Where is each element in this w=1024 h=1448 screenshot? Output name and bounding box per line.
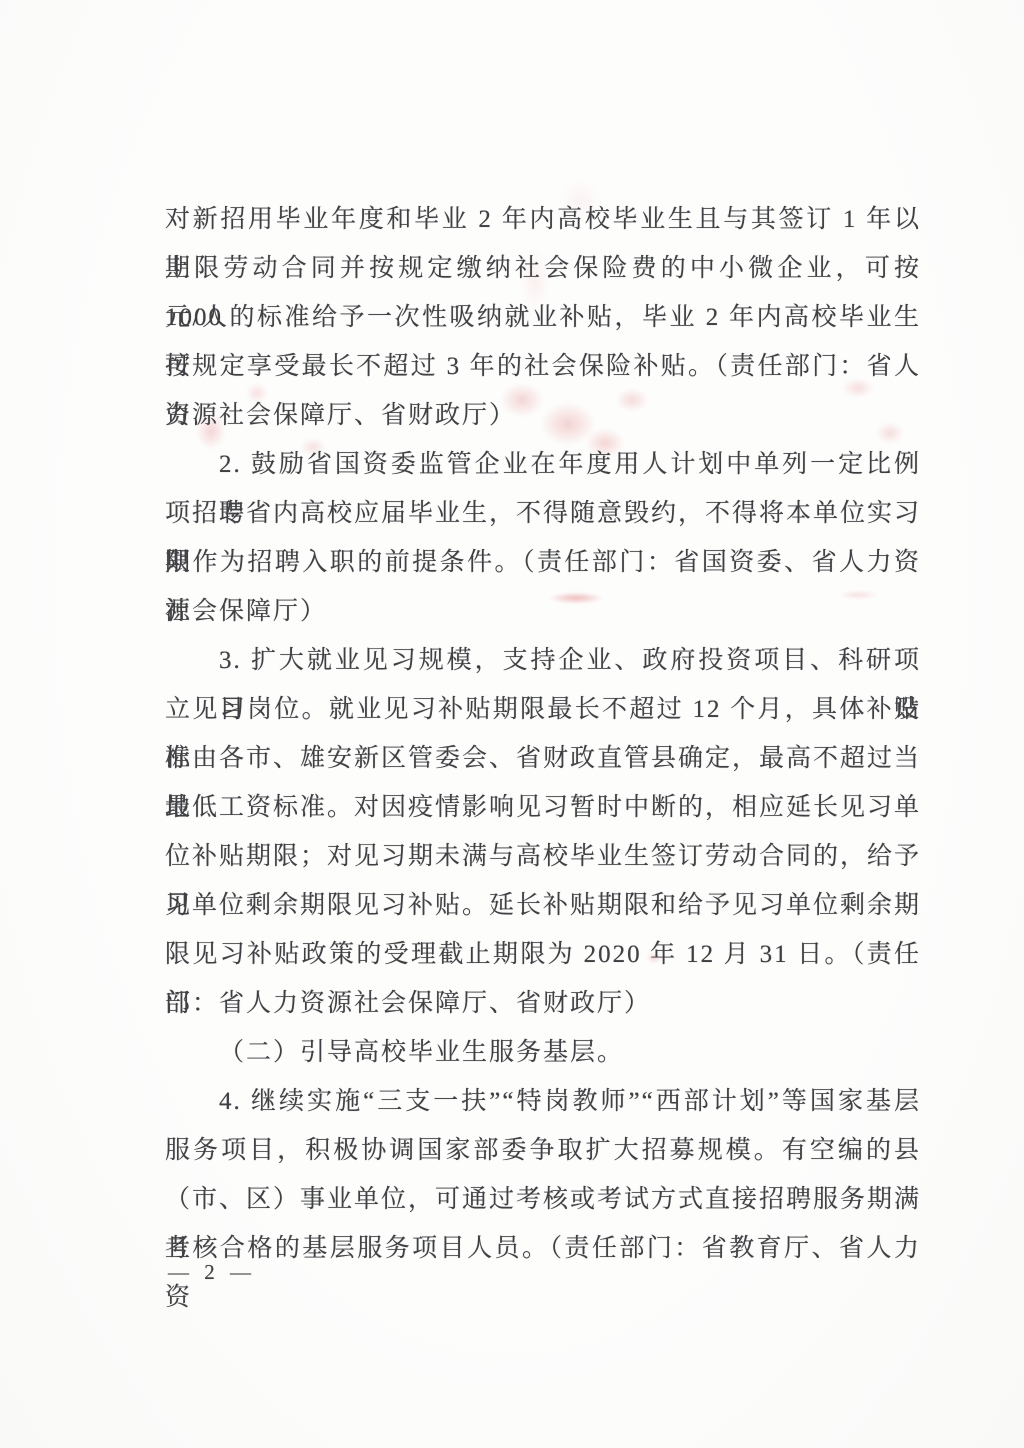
text-line: 习单位剩余期限见习补贴。延长补贴期限和给予见习单位剩余期 bbox=[165, 881, 921, 930]
text-line: 限见习补贴政策的受理截止期限为 2020 年 12 月 31 日。（责任部 bbox=[165, 930, 921, 979]
text-line: 最低工资标准。对因疫情影响见习暂时中断的，相应延长见习单 bbox=[165, 783, 921, 832]
text-line: 3. 扩大就业见习规模，支持企业、政府投资项目、科研项目设 bbox=[165, 636, 921, 685]
text-line: 立见习岗位。就业见习补贴期限最长不超过 12 个月，具体补贴标 bbox=[165, 685, 921, 734]
text-line: （市、区）事业单位，可通过考核或考试方式直接招聘服务期满且 bbox=[165, 1175, 921, 1224]
text-line: 位补贴期限；对见习期未满与高校毕业生签订劳动合同的，给予见 bbox=[165, 832, 921, 881]
page-number: — 2 — bbox=[168, 1258, 256, 1286]
text-line: 考核合格的基层服务项目人员。（责任部门：省教育厅、省人力资 bbox=[165, 1224, 921, 1273]
text-line: 按规定享受最长不超过 3 年的社会保险补贴。（责任部门：省人力 bbox=[165, 342, 921, 391]
scanned-document-page: 对新招用毕业年度和毕业 2 年内高校毕业生且与其签订 1 年以上期限劳动合同并按… bbox=[0, 0, 1024, 1448]
text-line: 2. 鼓励省国资委监管企业在年度用人计划中单列一定比例专 bbox=[165, 440, 921, 489]
text-line: 对新招用毕业年度和毕业 2 年内高校毕业生且与其签订 1 年以上 bbox=[165, 195, 921, 244]
text-line: 准由各市、雄安新区管委会、省财政直管县确定，最高不超过当地 bbox=[165, 734, 921, 783]
text-line: 4. 继续实施“三支一扶”“特岗教师”“西部计划”等国家基层 bbox=[165, 1077, 921, 1126]
text-line: 限作为招聘入职的前提条件。（责任部门：省国资委、省人力资源 bbox=[165, 538, 921, 587]
document-body-text: 对新招用毕业年度和毕业 2 年内高校毕业生且与其签订 1 年以上期限劳动合同并按… bbox=[165, 195, 921, 1273]
text-line: 项招聘省内高校应届毕业生，不得随意毁约，不得将本单位实习期 bbox=[165, 489, 921, 538]
text-line: 社会保障厅） bbox=[165, 587, 921, 636]
text-line: （二）引导高校毕业生服务基层。 bbox=[165, 1028, 921, 1077]
text-line: 服务项目，积极协调国家部委争取扩大招募规模。有空编的县 bbox=[165, 1126, 921, 1175]
text-line: 门：省人力资源社会保障厅、省财政厅） bbox=[165, 979, 921, 1028]
text-line: 期限劳动合同并按规定缴纳社会保险费的中小微企业，可按 1000 bbox=[165, 244, 921, 293]
text-line: 元/人的标准给予一次性吸纳就业补贴，毕业 2 年内高校毕业生可 bbox=[165, 293, 921, 342]
text-line: 资源社会保障厅、省财政厅） bbox=[165, 391, 921, 440]
